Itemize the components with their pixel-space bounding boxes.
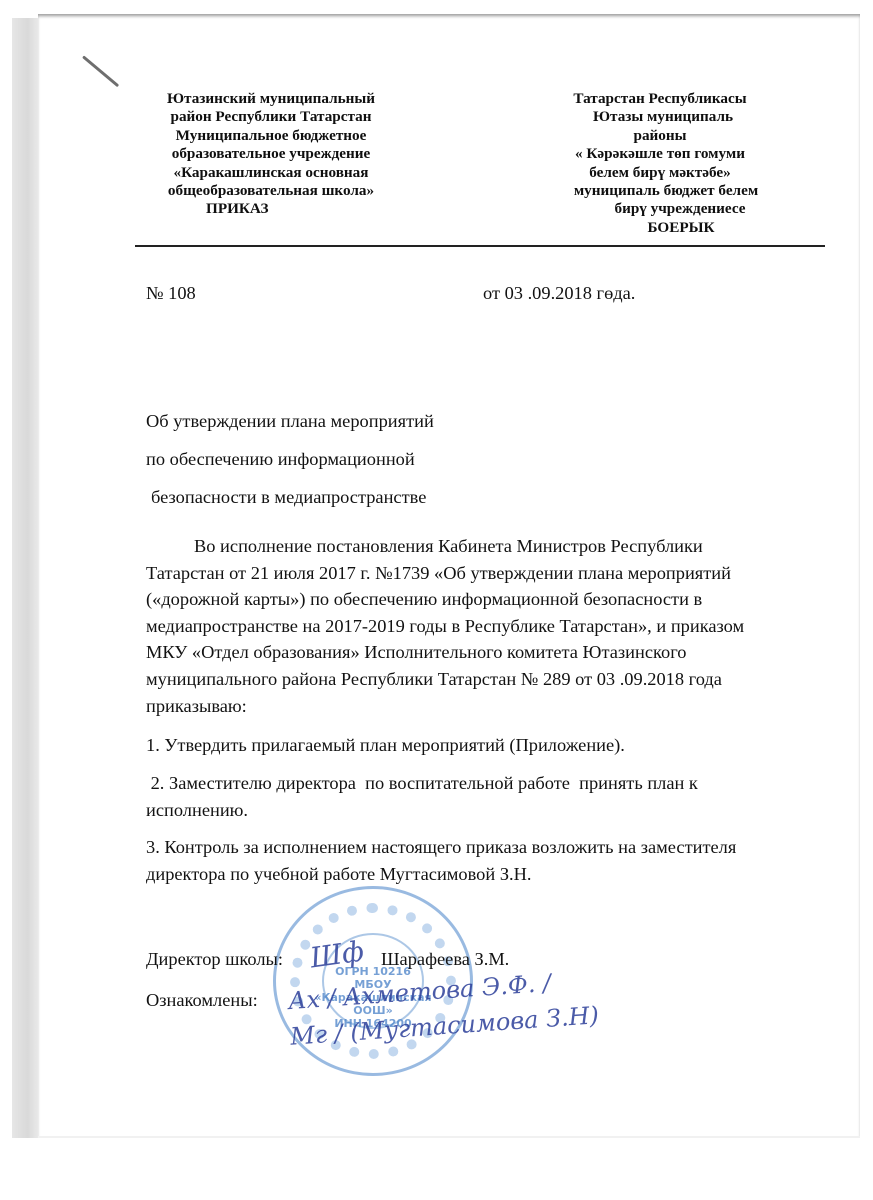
header-right-line: « Кәрәкәшле төп гомуми — [510, 145, 810, 163]
preamble-paragraph: Во исполнение постановления Кабинета Мин… — [146, 533, 846, 719]
preamble-line: приказываю: — [146, 693, 846, 720]
preamble-line: медиапространстве на 2017-2019 годы в Ре… — [146, 613, 846, 640]
order-item-2-line: исполнению. — [146, 797, 698, 824]
acknowledged-label: Ознакомлены: — [146, 990, 258, 1010]
header-left-line: район Республики Татарстан — [138, 108, 404, 126]
order-item-3-line: директора по учебной работе Мугтасимовой… — [146, 861, 736, 888]
director-name: Шарафеева З.М. — [381, 946, 509, 973]
preamble-line: («дорожной карты») по обеспечению информ… — [146, 586, 846, 613]
document-type-boeryk: БОЕРЫК — [510, 219, 810, 237]
header-left-line: образовательное учреждение — [138, 145, 404, 163]
order-subject: Об утверждении плана мероприятий по обес… — [146, 410, 434, 524]
director-label: Директор школы: — [146, 949, 283, 969]
header-left-institution: Ютазинский муниципальный район Республик… — [138, 90, 404, 219]
order-number: № 108 — [146, 282, 196, 304]
preamble-line: Во исполнение постановления Кабинета Мин… — [146, 533, 846, 560]
scan-edge-strip — [12, 18, 38, 1138]
header-left-line: общеобразовательная школа» — [138, 182, 404, 200]
order-item-2-line: 2. Заместителю директора по воспитательн… — [146, 770, 698, 797]
subject-line: безопасности в медиапространстве — [146, 486, 434, 524]
order-item-3-line: 3. Контроль за исполнением настоящего пр… — [146, 834, 736, 861]
header-right-line: муниципаль бюджет белем — [510, 182, 810, 200]
order-item-2: 2. Заместителю директора по воспитательн… — [146, 770, 698, 823]
subject-line: Об утверждении плана мероприятий — [146, 410, 434, 448]
header-left-line: Муниципальное бюджетное — [138, 127, 404, 145]
subject-line: по обеспечению информационной — [146, 448, 434, 486]
header-left-line: «Каракашлинская основная — [138, 164, 404, 182]
order-item-1: 1. Утвердить прилагаемый план мероприяти… — [146, 732, 625, 759]
order-item-3: 3. Контроль за исполнением настоящего пр… — [146, 834, 736, 887]
header-right-line: районы — [510, 127, 810, 145]
header-right-institution: Татарстан Республикасы Ютазы муниципаль … — [510, 90, 810, 237]
acknowledged-line: Ознакомлены: — [146, 987, 258, 1014]
preamble-line: МКУ «Отдел образования» Исполнительного … — [146, 639, 846, 666]
header-right-line: Ютазы муниципаль — [510, 108, 810, 126]
director-signature-line: Директор школы: Шарафеева З.М. — [146, 946, 283, 973]
order-date: от 03 .09.2018 гөда. — [483, 282, 635, 304]
header-left-line: Ютазинский муниципальный — [138, 90, 404, 108]
preamble-line: Татарстан от 21 июля 2017 г. №1739 «Об у… — [146, 560, 846, 587]
header-right-line: белем бирү мәктәбе» — [510, 164, 810, 182]
header-right-line: Татарстан Республикасы — [510, 90, 810, 108]
header-right-line: бирү учреждениесе — [510, 200, 810, 218]
header-divider — [135, 245, 825, 247]
preamble-line: муниципального района Республики Татарст… — [146, 666, 846, 693]
document-type-prikaz: ПРИКАЗ — [138, 200, 404, 218]
